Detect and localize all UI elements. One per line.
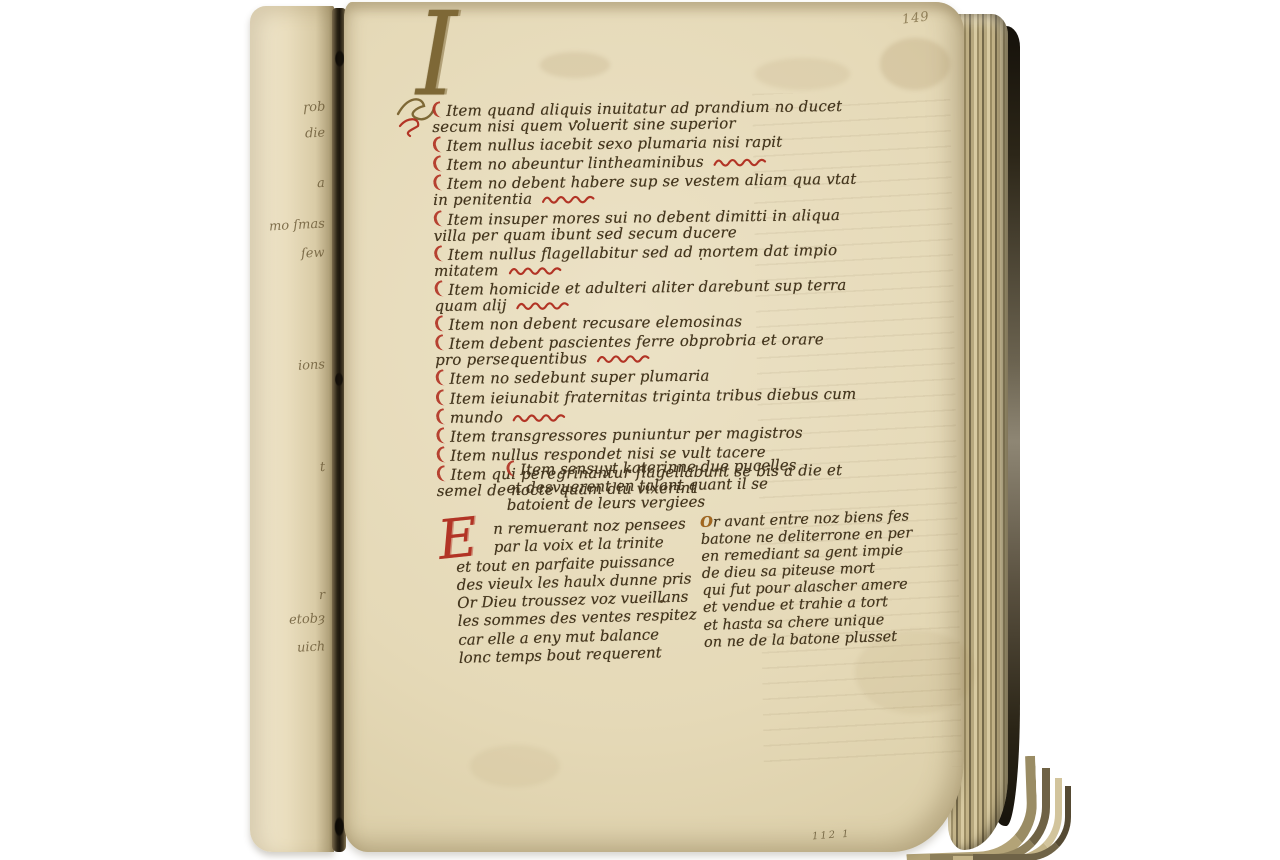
line-filler-squiggle [713,156,767,168]
manuscript-line-text: in penitentia [433,191,532,208]
verso-line-fragment: etobȝ [289,611,326,628]
manuscript-line-text: Item no abeuntur lintheaminibus [447,154,704,173]
line-filler-squiggle [596,353,650,365]
verso-line-fragment: r [318,588,325,603]
verso-line-fragment: uich [296,639,325,655]
verso-line-fragment: ɼob [302,99,325,115]
paraph-mark [434,315,446,332]
manuscript-line-text: Item transgressores puniuntur per magist… [450,424,803,444]
verso-text-fragments: ɼobdieamo ſmasſewionstretobȝuich [250,0,330,860]
manuscript-line-text: Item non debent recusare elemosinas [449,313,743,333]
indented-item-block: Item sensuyt katerinne due pucelleset de… [506,454,797,515]
manuscript-photo: ɼobdieamo ſmasſewionstretobȝuich 149 112… [0,0,1280,860]
paraph-mark [505,460,517,477]
manuscript-line-text: pro persequentibus [435,350,587,368]
paraph-mark [432,175,444,192]
verso-line-fragment: mo ſmas [269,217,326,235]
manuscript-line-text: Item no sedebunt super plumaria [449,368,709,387]
manuscript-line-text: mundo [450,409,503,426]
paraph-mark [435,427,447,444]
paraph-mark [432,210,444,227]
manuscript-line-text: quam alij [434,297,506,314]
paraph-mark [431,101,443,118]
line-filler-squiggle [508,264,562,276]
latin-item-list: Item quand aliquis inuitatur ad prandium… [432,94,917,499]
line-filler-squiggle [516,299,570,311]
manuscript-line-text: Item nullus iacebit sexo plumaria nisi r… [446,134,782,154]
verso-line-fragment: ions [298,357,326,373]
manuscript-line-text: secum nisi quem voluerit sine superior [432,115,736,135]
line-filler-squiggle [541,193,595,205]
verse-column-left: n remuerant noz penseespar la voix et la… [455,514,698,667]
paraph-mark [434,334,446,351]
manuscript-line-text: batoient de leurs vergiees [507,494,706,515]
paraph-mark [435,408,447,425]
line-filler-squiggle [512,411,566,423]
manuscript-line-text: mitatem [434,262,499,279]
manuscript-line-text: villa per quam ibunt sed secum ducere [434,224,737,244]
verso-line-fragment: die [304,125,325,141]
verso-line-fragment: a [317,176,326,191]
paraph-mark [432,155,444,172]
paraph-mark [433,245,445,262]
verso-line-fragment: ſew [301,245,325,261]
paraph-mark [433,280,445,297]
verse-column-right: Or avant entre noz biens fesbatone ne de… [700,507,916,651]
paraph-mark [431,136,443,153]
stacked-leaf-edge [973,786,1071,860]
paraph-mark [434,370,446,387]
verso-line-fragment: t [319,460,325,475]
paraph-mark [436,465,448,482]
paraph-mark [435,446,447,463]
paraph-mark [435,389,447,406]
